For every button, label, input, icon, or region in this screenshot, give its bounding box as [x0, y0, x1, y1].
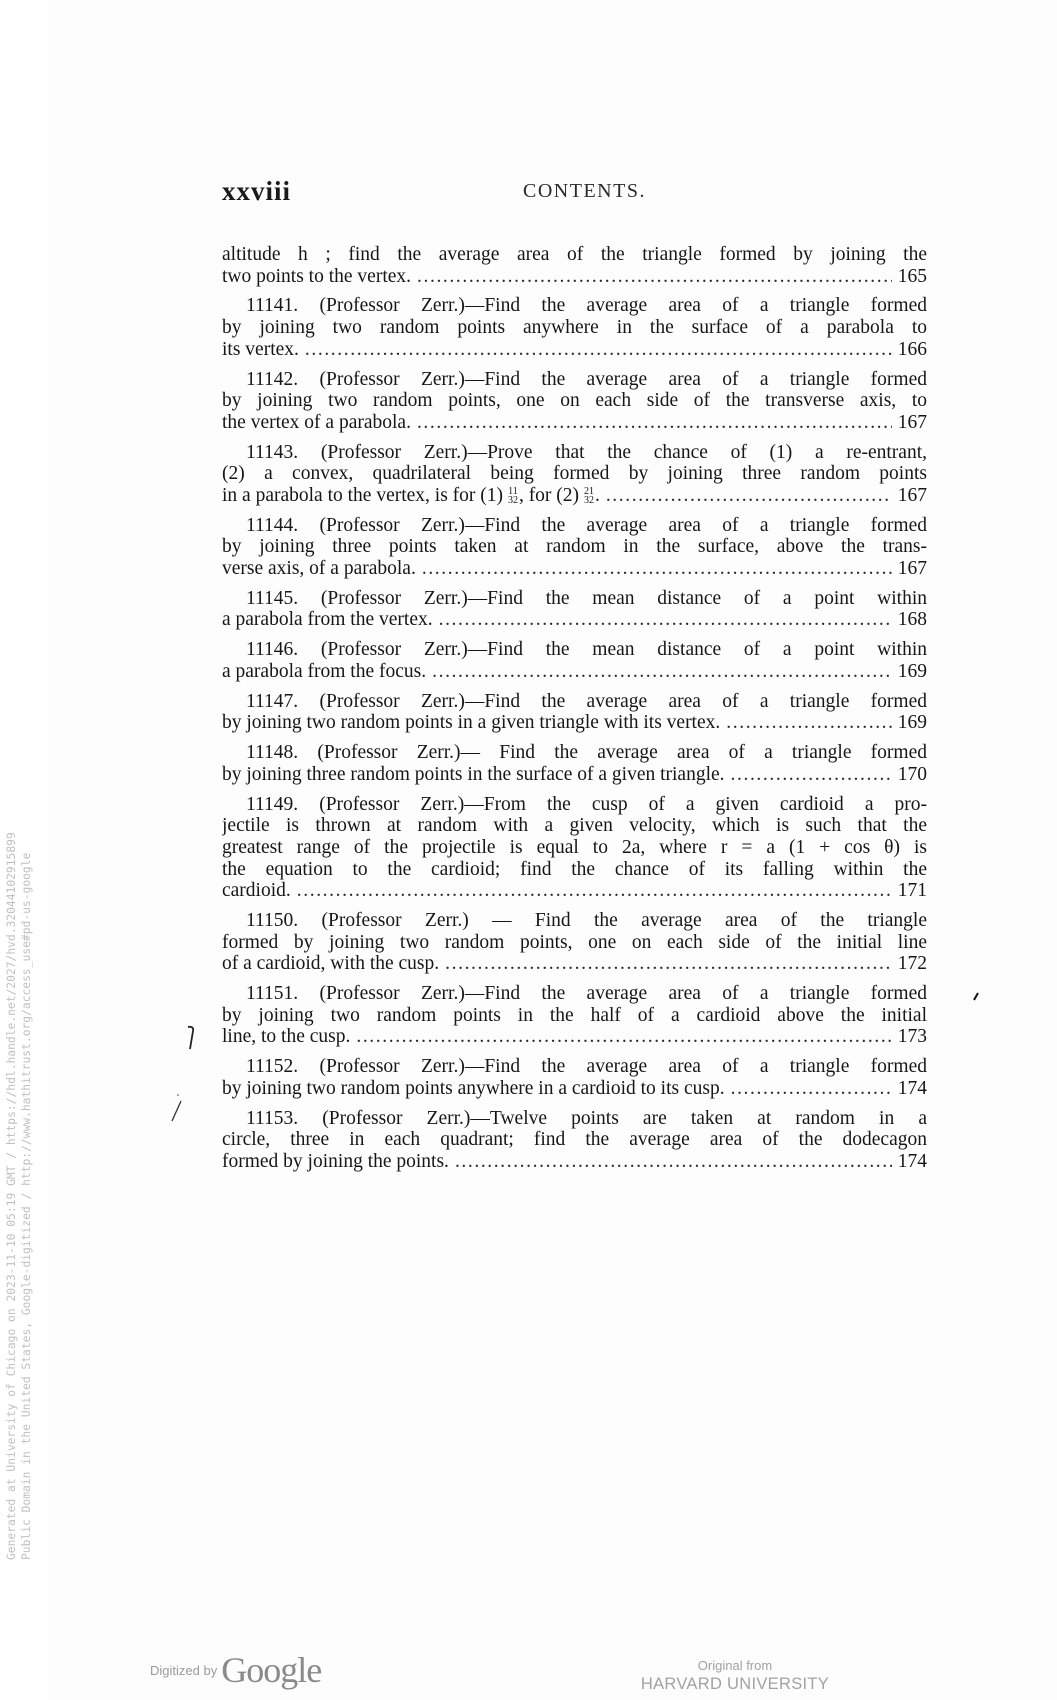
dot-leader	[417, 266, 892, 288]
entry-line: circle, three in each quadrant; find the…	[222, 1129, 927, 1151]
fraction-11-32: 1132	[508, 487, 518, 505]
contents-entry-11148: 11148. (Professor Zerr.)— Find the avera…	[222, 742, 927, 785]
entry-line: 11153. (Professor Zerr.)—Twelve points a…	[222, 1108, 927, 1130]
entry-line: altitude h ; find the average area of th…	[222, 244, 927, 266]
watermark-line-public-domain: Public Domain in the United States, Goog…	[19, 832, 34, 1560]
contents-entry-11150: 11150. (Professor Zerr.) — Find the aver…	[222, 910, 927, 975]
contents-entry-11153: 11153. (Professor Zerr.)—Twelve points a…	[222, 1108, 927, 1173]
entry-last-line: of a cardioid, with the cusp. 172	[222, 953, 927, 975]
entry-text: of a cardioid, with the cusp.	[222, 953, 439, 975]
entry-line: 11152. (Professor Zerr.)—Find the averag…	[222, 1056, 927, 1078]
entry-line: 11144. (Professor Zerr.)—Find the averag…	[222, 515, 927, 537]
entry-page-number: 167	[898, 485, 927, 507]
section-title: CONTENTS.	[222, 180, 927, 203]
entry-text-suffix: .	[595, 485, 600, 506]
entry-text: a parabola from the vertex.	[222, 609, 433, 631]
entry-page-number: 173	[898, 1026, 927, 1048]
entry-line: 11145. (Professor Zerr.)—Find the mean d…	[222, 588, 927, 610]
contents-entry-11146: 11146. (Professor Zerr.)—Find the mean d…	[222, 639, 927, 682]
fraction-denominator: 32	[584, 496, 594, 505]
dot-leader	[356, 1026, 891, 1048]
entry-line: 11150. (Professor Zerr.) — Find the aver…	[222, 910, 927, 932]
entry-text-middle: , for (2)	[519, 485, 579, 506]
institution-name: HARVARD UNIVERSITY	[640, 1674, 830, 1694]
entry-line: formed by joining two random points, one…	[222, 932, 927, 954]
entry-line: (2) a convex, quadrilateral being formed…	[222, 463, 927, 485]
entry-line: greatest range of the projectile is equa…	[222, 837, 927, 859]
entry-line: 11147. (Professor Zerr.)—Find the averag…	[222, 691, 927, 713]
contents-entry-11142: 11142. (Professor Zerr.)—Find the averag…	[222, 369, 927, 434]
entry-line: jectile is thrown at random with a given…	[222, 815, 927, 837]
entry-page-number: 167	[898, 412, 927, 434]
fraction-denominator: 32	[508, 496, 518, 505]
entry-last-line: the vertex of a parabola. 167	[222, 412, 927, 434]
entry-page-number: 174	[898, 1078, 927, 1100]
pencil-slash-mark	[168, 1093, 186, 1123]
entry-line: 11146. (Professor Zerr.)—Find the mean d…	[222, 639, 927, 661]
entry-text: line, to the cusp.	[222, 1026, 350, 1048]
dot-leader	[731, 1078, 892, 1100]
entry-text: by joining three random points in the su…	[222, 764, 725, 786]
entry-text: formed by joining the points.	[222, 1151, 449, 1173]
entry-line: 11142. (Professor Zerr.)—Find the averag…	[222, 369, 927, 391]
dot-leader	[422, 558, 892, 580]
fraction-21-32: 2132	[584, 487, 594, 505]
entry-last-line: cardioid. 171	[222, 880, 927, 902]
contents-entry-continuation: altitude h ; find the average area of th…	[222, 244, 927, 287]
entry-line: by joining two random points in the half…	[222, 1005, 927, 1027]
dot-leader	[439, 609, 892, 631]
entry-page-number: 165	[898, 266, 927, 288]
entry-last-line: two points to the vertex. 165	[222, 266, 927, 288]
dot-leader	[445, 953, 892, 975]
entry-line: by joining two random points anywhere in…	[222, 317, 927, 339]
pencil-bracket-mark	[185, 1025, 199, 1051]
digitized-by-label: Digitized by	[150, 1663, 217, 1678]
contents-entry-11147: 11147. (Professor Zerr.)—Find the averag…	[222, 691, 927, 734]
entry-page-number: 167	[898, 558, 927, 580]
contents-list: altitude h ; find the average area of th…	[222, 244, 927, 1181]
entry-line: 11141. (Professor Zerr.)—Find the averag…	[222, 295, 927, 317]
entry-line: 11148. (Professor Zerr.)— Find the avera…	[222, 742, 927, 764]
dot-leader	[305, 339, 892, 361]
entry-text: by joining two random points in a given …	[222, 712, 720, 734]
entry-text: a parabola from the focus.	[222, 661, 426, 683]
dot-leader	[726, 712, 891, 734]
entry-text: verse axis, of a parabola.	[222, 558, 416, 580]
entry-line: by joining two random points, one on eac…	[222, 390, 927, 412]
entry-page-number: 172	[898, 953, 927, 975]
entry-last-line: by joining two random points anywhere in…	[222, 1078, 927, 1100]
entry-last-line: a parabola from the focus. 169	[222, 661, 927, 683]
contents-entry-11151: 11151. (Professor Zerr.)—Find the averag…	[222, 983, 927, 1048]
entry-last-line: by joining two random points in a given …	[222, 712, 927, 734]
contents-entry-11143: 11143. (Professor Zerr.)—Prove that the …	[222, 442, 927, 507]
dot-leader	[731, 764, 892, 786]
dot-leader	[455, 1151, 892, 1173]
entry-text: its vertex.	[222, 339, 299, 361]
entry-text-prefix: in a parabola to the vertex, is for (1)	[222, 485, 503, 506]
entry-last-line: by joining three random points in the su…	[222, 764, 927, 786]
entry-page-number: 166	[898, 339, 927, 361]
entry-line: 11143. (Professor Zerr.)—Prove that the …	[222, 442, 927, 464]
original-from-label: Original from	[640, 1658, 830, 1674]
watermark-line-generated: Generated at University of Chicago on 20…	[4, 832, 19, 1560]
entry-text: two points to the vertex.	[222, 266, 411, 288]
entry-last-line: line, to the cusp. 173	[222, 1026, 927, 1048]
contents-entry-11152: 11152. (Professor Zerr.)—Find the averag…	[222, 1056, 927, 1099]
original-from: Original from HARVARD UNIVERSITY	[640, 1658, 830, 1694]
entry-page-number: 169	[898, 661, 927, 683]
pencil-tick-mark	[972, 992, 980, 1002]
entry-last-line: in a parabola to the vertex, is for (1) …	[222, 485, 927, 507]
dot-leader	[297, 880, 892, 902]
entry-text: the vertex of a parabola.	[222, 412, 411, 434]
running-head: xxviii CONTENTS.	[222, 176, 927, 206]
digitized-by-google: Digitized by Google	[150, 1650, 321, 1690]
entry-last-line: formed by joining the points. 174	[222, 1151, 927, 1173]
entry-last-line: a parabola from the vertex. 168	[222, 609, 927, 631]
google-logo: Google	[221, 1649, 321, 1691]
entry-line: 11151. (Professor Zerr.)—Find the averag…	[222, 983, 927, 1005]
dot-leader	[417, 412, 892, 434]
contents-entry-11149: 11149. (Professor Zerr.)—From the cusp o…	[222, 794, 927, 902]
entry-text: by joining two random points anywhere in…	[222, 1078, 725, 1100]
dot-leader	[432, 661, 892, 683]
contents-entry-11145: 11145. (Professor Zerr.)—Find the mean d…	[222, 588, 927, 631]
entry-text: in a parabola to the vertex, is for (1) …	[222, 485, 600, 507]
entry-text: cardioid.	[222, 880, 291, 902]
entry-page-number: 169	[898, 712, 927, 734]
dot-leader	[606, 485, 892, 507]
entry-page-number: 168	[898, 609, 927, 631]
contents-entry-11144: 11144. (Professor Zerr.)—Find the averag…	[222, 515, 927, 580]
entry-page-number: 170	[898, 764, 927, 786]
entry-line: 11149. (Professor Zerr.)—From the cusp o…	[222, 794, 927, 816]
entry-line: the equation to the cardioid; find the c…	[222, 859, 927, 881]
entry-page-number: 174	[898, 1151, 927, 1173]
entry-last-line: its vertex. 166	[222, 339, 927, 361]
contents-entry-11141: 11141. (Professor Zerr.)—Find the averag…	[222, 295, 927, 360]
entry-page-number: 171	[898, 880, 927, 902]
entry-last-line: verse axis, of a parabola. 167	[222, 558, 927, 580]
entry-line: by joining three points taken at random …	[222, 536, 927, 558]
